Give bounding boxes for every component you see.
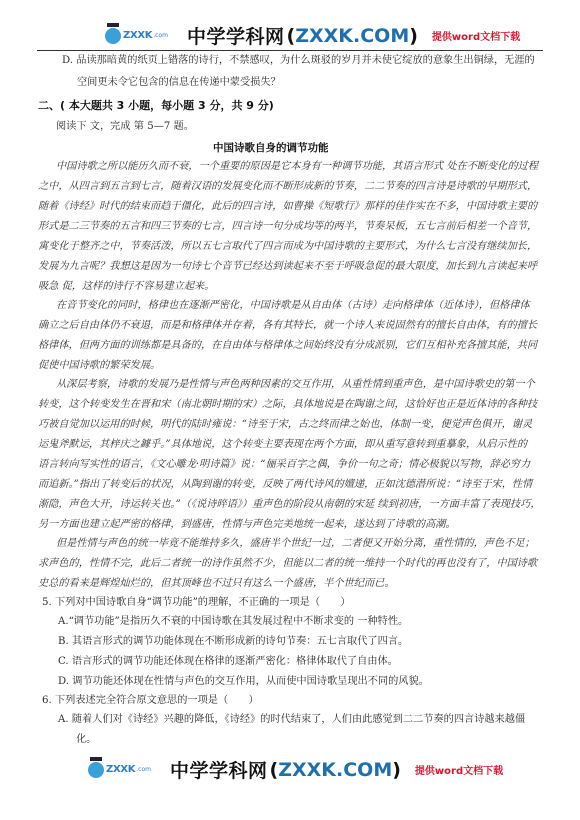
passage-line: 巧被自觉加以运用的时候，明代的陆时雍说：“诗至于宋，古之终而律之始也，体制一变，… bbox=[38, 418, 532, 432]
site-brand: ZXXK .com 中学学科网 (ZXXK.COM) 提供word文档下载 bbox=[105, 22, 520, 49]
site-name: 中学学科网 bbox=[187, 22, 285, 49]
passage-line: 吸急 促，这样的诗行不容易建立起来。 bbox=[38, 280, 214, 294]
passage-line: 语言转向写实性的语言，《文心雕龙·明诗篇》说：“俪采百字之偶，争价一句之奇；情必… bbox=[38, 458, 530, 472]
site-name: 中学学科网 bbox=[170, 756, 268, 783]
question-5-option-b: B. 其语言形式的调节功能体现在不断形成新的诗句节奏：五七言取代了四言。 bbox=[58, 635, 408, 649]
passage-line: 史总的看来是辉煌灿烂的，但其顶峰也不过只有这么一个盛唐，半个世纪而已。 bbox=[38, 577, 395, 591]
mascot-icon bbox=[105, 28, 121, 44]
passage-line: 另一方面也建立起严密的格律，到盛唐，性情与声色完美地统一起来，遂达到了诗歌的高潮… bbox=[38, 518, 456, 532]
passage-line: 之中，从四言到五言到七言，随着汉语的发展变化而不断形成新的节奏，二二节奏的四言诗… bbox=[38, 180, 537, 194]
question-5-option-a: A.“调节功能”是指历久不衰的中国诗歌在其发展过程中不断求变的 一种特性。 bbox=[58, 615, 408, 629]
logo-text: ZXXK bbox=[106, 764, 135, 775]
passage-line: 从深层考察，诗歌的发展乃是性情与声色两种因素的交互作用，从重性情到重声色，是中国… bbox=[56, 378, 535, 392]
prev-option-d-line2: 空间更未令它包含的信息在传递中蒙受损失？ bbox=[77, 76, 281, 90]
question-5-option-c: C. 语言形式的调节功能还体现在格律的逐渐严密化：格律体取代了自由体。 bbox=[58, 655, 398, 669]
passage-line: 随着《诗经》时代的结束而趋于僵化，此后的四言诗，如曹操《短歌行》那样的佳作实在不… bbox=[38, 200, 537, 214]
download-label: 提供word文档下载 bbox=[415, 762, 503, 777]
site-domain: ZXXK.COM bbox=[278, 759, 392, 781]
passage-line: 确立之后自由体仍不衰退，而是和格律体并存着，各有其特长，就一个诗人来说固然有的擅… bbox=[38, 319, 537, 333]
site-domain: ZXXK.COM bbox=[295, 25, 409, 47]
download-label: 提供word文档下载 bbox=[432, 28, 520, 43]
passage-line: 格律体，但两方面的训练都是具备的，在自由体与格律体之间始终没有分成派别，它们互相… bbox=[38, 339, 537, 353]
question-5-stem: 5. 下列对中国诗歌自身“调节功能”的理解，不正确的一项是（ ） bbox=[42, 596, 351, 610]
site-brand: ZXXK .com 中学学科网 (ZXXK.COM) 提供word文档下载 bbox=[88, 756, 503, 783]
passage-line: 促使中国诗歌的繁荣发展。 bbox=[38, 359, 160, 373]
logo-suffix: .com bbox=[153, 32, 168, 39]
logo-text: ZXXK bbox=[123, 30, 152, 41]
mascot-icon bbox=[88, 762, 104, 778]
header-divider bbox=[37, 50, 543, 51]
passage-line: 而追新。”指出了转变后的状况，从陶到谢的转变，反映了两代诗风的嬗递，正如沈德潜所… bbox=[38, 478, 532, 492]
passage-line: 转变，这个转变发生在晋和宋（南北朝时期的宋）之际，具体地说是在陶谢之间，这恰好也… bbox=[38, 398, 537, 412]
passage-line: 渐隐，声色大开，诗运转关也。”（《说诗晬语》）重声色的阶段从南朝的宋延 续到初唐… bbox=[38, 498, 541, 512]
passage-title: 中国诗歌自身的调节功能 bbox=[213, 141, 329, 155]
passage-line: 运鬼斧默运，其梓庆之鐻乎。”具体地说，这个转变主要表现在两个方面，即从重写意转到… bbox=[38, 438, 527, 452]
zxxk-logo: ZXXK .com bbox=[105, 25, 173, 47]
logo-suffix: .com bbox=[136, 766, 151, 773]
passage-line: 在音节变化的同时，格律也在逐渐严密化，中国诗歌是从自由体（古诗）走向格律体（近体… bbox=[56, 299, 530, 313]
section-heading: 二、( 本大题共 3 小题，每小题 3 分，共 9 分) bbox=[38, 99, 274, 113]
page-footer: ZXXK .com 中学学科网 (ZXXK.COM) 提供word文档下载 bbox=[0, 756, 580, 786]
passage-line: 寓变化于整齐之中，节奏活泼，所以五七言取代了四言而成为中国诗歌的主要形式，为什么… bbox=[38, 240, 537, 254]
question-5-option-d: D. 调节功能还体现在性情与声色的交互作用，从而使中国诗歌呈现出不同的风貌。 bbox=[58, 675, 429, 689]
page-header: ZXXK .com 中学学科网 (ZXXK.COM) 提供word文档下载 bbox=[0, 22, 580, 52]
zxxk-logo: ZXXK .com bbox=[88, 759, 156, 781]
question-6-option-a-cont: 化。 bbox=[76, 733, 96, 747]
passage-line: 形式是二三节奏的五言和四三节奏的七言，四言诗一句分成均等的两半，节奏呆板，五七言… bbox=[38, 220, 537, 234]
section-instruction: 阅读下 文，完成 第 5—7 题。 bbox=[56, 120, 194, 134]
passage-line: 中国诗歌之所以能历久而不衰，一个重要的原因是它本身有一种调节功能，其语言形式 处… bbox=[56, 160, 538, 174]
prev-option-d-line1: D. 品读那暗黄的纸页上错落的诗行，不禁感叹，为什么斑驳的岁月并未使它绽放的意象… bbox=[62, 54, 535, 68]
passage-line: 求声色的，性情不完，此后二者统一的诗作虽然不少，但能以二者的统一维持一个时代的再… bbox=[38, 557, 537, 571]
question-6-stem: 6. 下列表述完全符合原文意思的一项是（ ） bbox=[42, 694, 259, 708]
passage-line: 但是性情与声色的统一毕竟不能维持多久，盛唐半个世纪一过，二者便又开始分离，重性情… bbox=[56, 537, 535, 551]
question-6-option-a: A. 随着人们对《诗经》兴趣的降低，《诗经》的时代结束了，人们由此感觉到二二节奏… bbox=[58, 713, 525, 727]
passage-line: 发展为九言呢？我想这是因为一句诗七个音节已经达到读起来不至于呼吸急促的最大限度，… bbox=[38, 260, 537, 274]
